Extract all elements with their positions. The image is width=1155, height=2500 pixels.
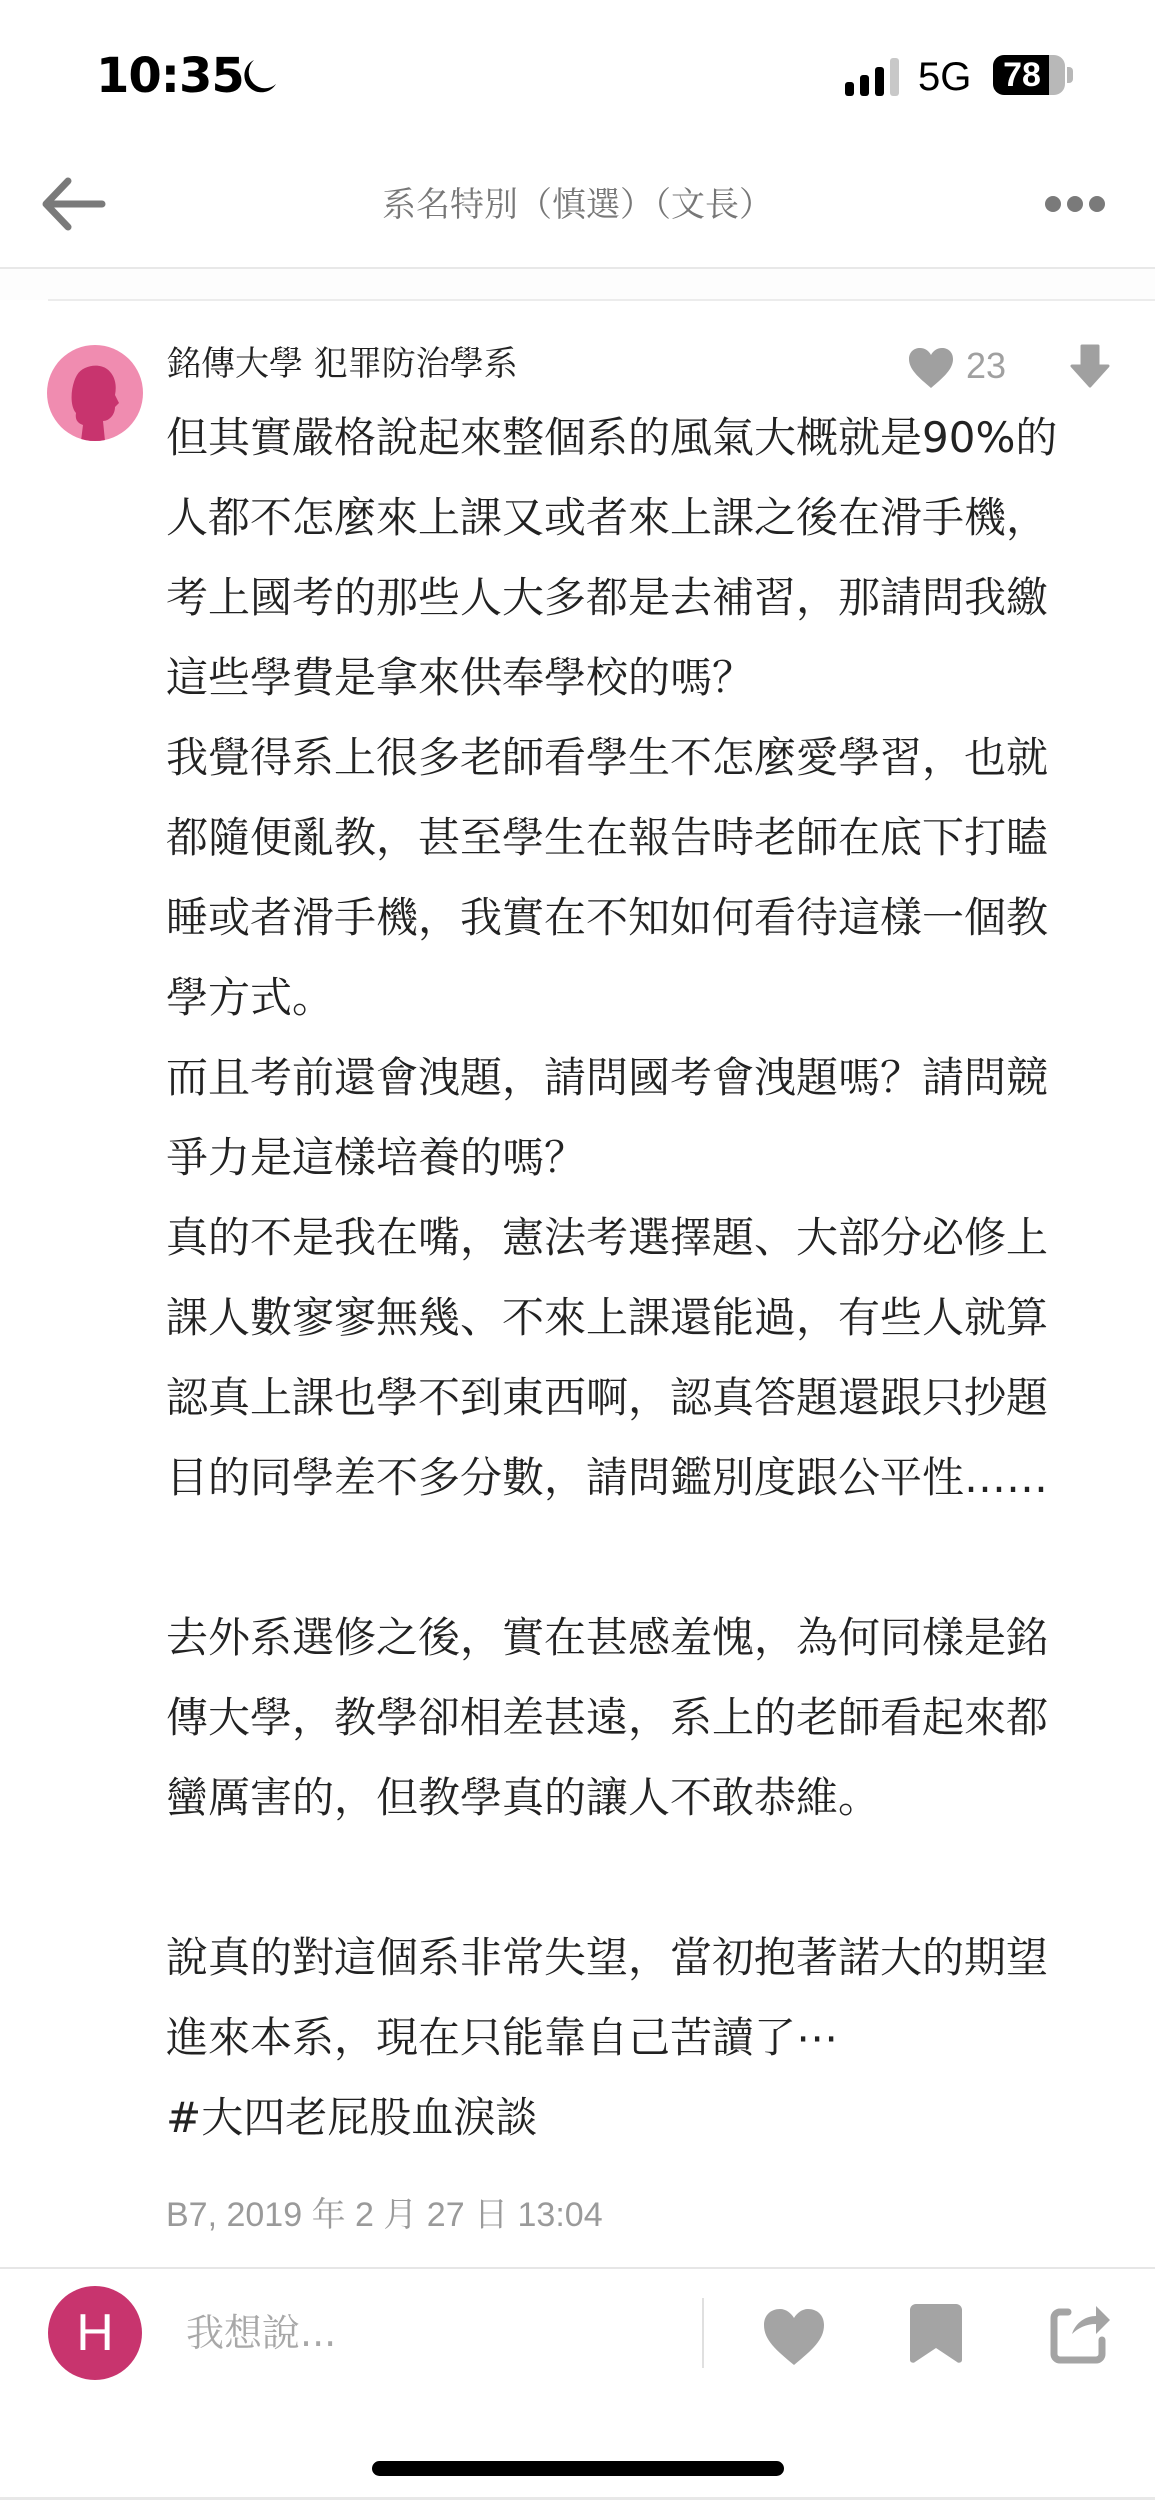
more-button[interactable] xyxy=(1044,192,1106,216)
battery-icon: 78 xyxy=(993,55,1065,95)
post-line: 但其實嚴格說起來整個系的風氣大概就是90%的 xyxy=(166,398,1126,478)
post-line: 說真的對這個系非常失望，當初抱著諾大的期望 xyxy=(166,1918,1126,1998)
battery-level: 78 xyxy=(993,55,1051,95)
female-silhouette-icon xyxy=(47,345,143,441)
arrow-down-icon[interactable] xyxy=(1070,344,1110,388)
post-line: 這些學費是拿來供奉學校的嗎？ xyxy=(166,638,1126,718)
heart-icon[interactable] xyxy=(908,347,954,389)
signal-icon xyxy=(845,58,901,96)
post-line: 考上國考的那些人大多都是去補習，那請問我繳 xyxy=(166,558,1126,638)
network-type: 5G xyxy=(918,50,971,104)
post-line: 都隨便亂教，甚至學生在報告時老師在底下打瞌 xyxy=(166,798,1126,878)
moon-icon xyxy=(240,58,278,96)
share-icon xyxy=(1050,2302,1112,2364)
bookmark-icon xyxy=(910,2304,962,2364)
post-line: 而且考前還會洩題，請問國考會洩題嗎？請問競 xyxy=(166,1038,1126,1118)
share-button[interactable] xyxy=(1050,2302,1112,2364)
comment-divider xyxy=(48,299,1155,301)
post-line: 去外系選修之後，實在甚感羞愧，為何同樣是銘 xyxy=(166,1598,1126,1678)
post-meta: B7, 2019 年 2 月 27 日 13:04 xyxy=(166,2192,603,2238)
bottom-bar-divider xyxy=(0,2267,1155,2269)
hashtag[interactable]: #大四老屁股血淚談 xyxy=(166,2078,1126,2158)
post-body: 但其實嚴格說起來整個系的風氣大概就是90%的 人都不怎麼來上課又或者來上課之後在… xyxy=(166,398,1126,2158)
post-line: 蠻厲害的，但教學真的讓人不敢恭維。 xyxy=(166,1758,1126,1838)
post-line: 我覺得系上很多老師看學生不怎麼愛學習，也就 xyxy=(166,718,1126,798)
previous-comment-edge xyxy=(0,269,1155,300)
status-time: 10:35 xyxy=(96,48,244,104)
vertical-divider xyxy=(702,2298,704,2368)
ellipsis-icon xyxy=(1044,192,1106,216)
post-line: 課人數寥寥無幾、不來上課還能過，有些人就算 xyxy=(166,1278,1126,1358)
page-title: 系名特別（慎選）（文長） xyxy=(0,180,1155,230)
bookmark-button[interactable] xyxy=(910,2304,962,2364)
author-name[interactable]: 銘傳大學 犯罪防治學系 xyxy=(167,342,518,386)
post-line: 學方式。 xyxy=(166,958,1126,1038)
home-indicator[interactable] xyxy=(372,2461,784,2476)
post-line: 人都不怎麼來上課又或者來上課之後在滑手機， xyxy=(166,478,1126,558)
comment-input[interactable] xyxy=(186,2300,676,2366)
battery-cap xyxy=(1067,67,1073,83)
paragraph-gap xyxy=(166,1838,1126,1918)
like-count: 23 xyxy=(966,342,1006,390)
post-line: 爭力是這樣培養的嗎？ xyxy=(166,1118,1126,1198)
post-line: 睡或者滑手機，我實在不知如何看待這樣一個教 xyxy=(166,878,1126,958)
post-line: 傳大學，教學卻相差甚遠，系上的老師看起來都 xyxy=(166,1678,1126,1758)
post-line: 認真上課也學不到東西啊，認真答題還跟只抄題 xyxy=(166,1358,1126,1438)
post-line: 真的不是我在嘴，憲法考選擇題、大部分必修上 xyxy=(166,1198,1126,1278)
user-avatar[interactable]: H xyxy=(48,2286,142,2380)
paragraph-gap xyxy=(166,1518,1126,1598)
like-button[interactable] xyxy=(762,2308,826,2366)
post-line: 目的同學差不多分數，請問鑑別度跟公平性…… xyxy=(166,1438,1126,1518)
author-avatar[interactable] xyxy=(47,345,143,441)
post-line: 進來本系，現在只能靠自己苦讀了⋯ xyxy=(166,1998,1126,2078)
heart-icon xyxy=(762,2308,826,2366)
